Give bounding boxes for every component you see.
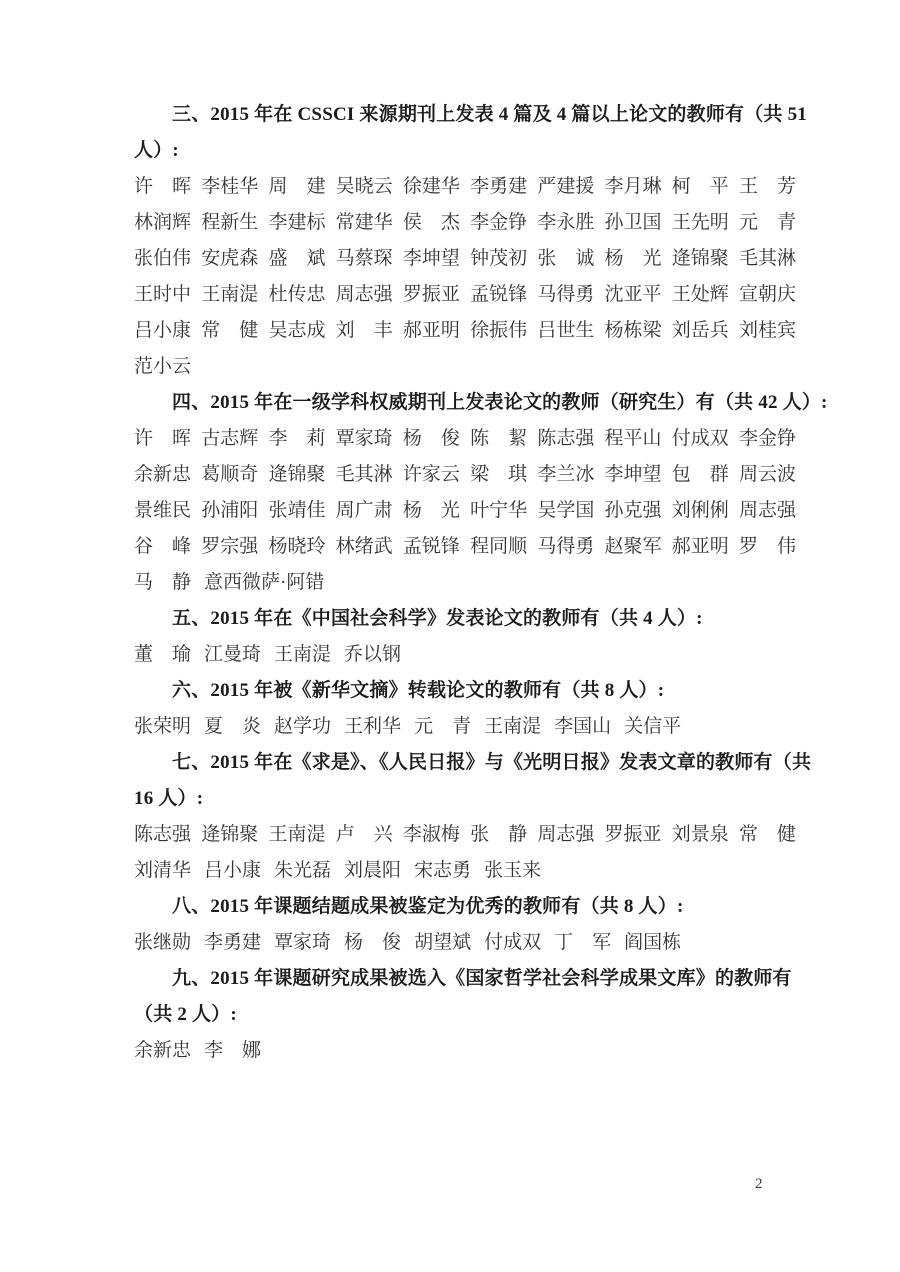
person-name: 吕小康 bbox=[204, 853, 261, 889]
person-name: 常 健 bbox=[201, 313, 258, 349]
person-name: 余新忠 bbox=[134, 457, 191, 493]
person-name: 覃家琦 bbox=[274, 925, 331, 961]
person-name: 杨 光 bbox=[605, 241, 662, 277]
section-9-heading-line-1: 九、2015 年课题研究成果被选入《国家哲学社会科学成果文库》的教师有 bbox=[134, 961, 796, 997]
person-name: 葛顺奇 bbox=[201, 457, 258, 493]
person-name: 周志强 bbox=[739, 493, 796, 529]
person-name: 王时中 bbox=[134, 277, 191, 313]
person-name: 梁 琪 bbox=[470, 457, 527, 493]
person-name: 林润辉 bbox=[134, 205, 191, 241]
person-name: 杨 光 bbox=[403, 493, 460, 529]
person-name: 意西微萨·阿错 bbox=[204, 565, 324, 601]
person-name: 李 娜 bbox=[204, 1033, 261, 1069]
section-3-name-row-1: 许 晖李桂华周 建吴晓云徐建华李勇建严建援李月琳柯 平王 芳 bbox=[134, 169, 796, 205]
person-name: 赵聚军 bbox=[605, 529, 662, 565]
person-name: 赵学功 bbox=[274, 709, 331, 745]
person-name: 刘晨阳 bbox=[344, 853, 401, 889]
person-name: 安虎森 bbox=[201, 241, 258, 277]
section-9-heading-line-2: （共 2 人）: bbox=[134, 997, 796, 1033]
section-4-name-row-2: 余新忠葛顺奇逄锦聚毛其淋许家云梁 琪李兰冰李坤望包 群周云波 bbox=[134, 457, 796, 493]
person-name: 张 诚 bbox=[537, 241, 594, 277]
person-name: 卢 兴 bbox=[336, 817, 393, 853]
person-name: 罗宗强 bbox=[201, 529, 258, 565]
person-name: 王南湜 bbox=[201, 277, 258, 313]
document-page: 三、2015 年在 CSSCI 来源期刊上发表 4 篇及 4 篇以上论文的教师有… bbox=[0, 0, 900, 1272]
person-name: 马得勇 bbox=[537, 277, 594, 313]
person-name: 李桂华 bbox=[201, 169, 258, 205]
section-4-name-row-4: 谷 峰罗宗强杨晓玲林绪武孟锐锋程同顺马得勇赵聚军郝亚明罗 伟 bbox=[134, 529, 796, 565]
person-name: 李月琳 bbox=[605, 169, 662, 205]
person-name: 夏 炎 bbox=[204, 709, 261, 745]
person-name: 马蔡琛 bbox=[336, 241, 393, 277]
person-name: 董 瑜 bbox=[134, 637, 191, 673]
person-name: 许 晖 bbox=[134, 169, 191, 205]
person-name: 严建援 bbox=[537, 169, 594, 205]
person-name: 付成双 bbox=[484, 925, 541, 961]
section-7-heading-line-1: 七、2015 年在《求是》、《人民日报》与《光明日报》发表文章的教师有（共 bbox=[134, 745, 796, 781]
section-3-name-row-5: 吕小康常 健吴志成刘 丰郝亚明徐振伟吕世生杨栋梁刘岳兵刘桂宾 bbox=[134, 313, 796, 349]
person-name: 谷 峰 bbox=[134, 529, 191, 565]
person-name: 周志强 bbox=[537, 817, 594, 853]
person-name: 王处辉 bbox=[672, 277, 729, 313]
person-name: 张伯伟 bbox=[134, 241, 191, 277]
person-name: 盛 斌 bbox=[268, 241, 325, 277]
section-8-name-row-1: 张继勋李勇建覃家琦杨 俊胡望斌付成双丁 军阎国栋 bbox=[134, 925, 796, 961]
person-name: 余新忠 bbox=[134, 1033, 191, 1069]
person-name: 李金铮 bbox=[739, 421, 796, 457]
section-3-name-row-3: 张伯伟安虎森盛 斌马蔡琛李坤望钟茂初张 诚杨 光逄锦聚毛其淋 bbox=[134, 241, 796, 277]
person-name: 程新生 bbox=[201, 205, 258, 241]
section-9-name-row-1: 余新忠李 娜 bbox=[134, 1033, 796, 1069]
page-number: 2 bbox=[755, 1174, 763, 1194]
person-name: 徐振伟 bbox=[470, 313, 527, 349]
person-name: 张玉来 bbox=[484, 853, 541, 889]
person-name: 侯 杰 bbox=[403, 205, 460, 241]
person-name: 杨 俊 bbox=[403, 421, 460, 457]
person-name: 罗振亚 bbox=[403, 277, 460, 313]
person-name: 许 晖 bbox=[134, 421, 191, 457]
person-name: 杨 俊 bbox=[344, 925, 401, 961]
person-name: 马得勇 bbox=[537, 529, 594, 565]
person-name: 宣朝庆 bbox=[739, 277, 796, 313]
section-6-name-row-1: 张荣明夏 炎赵学功王利华元 青王南湜李国山关信平 bbox=[134, 709, 796, 745]
person-name: 张 静 bbox=[470, 817, 527, 853]
person-name: 丁 军 bbox=[554, 925, 611, 961]
person-name: 李勇建 bbox=[470, 169, 527, 205]
person-name: 孙浦阳 bbox=[201, 493, 258, 529]
section-7-name-row-1: 陈志强逄锦聚王南湜卢 兴李淑梅张 静周志强罗振亚刘景泉常 健 bbox=[134, 817, 796, 853]
section-4-heading-line-1: 四、2015 年在一级学科权威期刊上发表论文的教师（研究生）有（共 42 人）: bbox=[134, 385, 796, 421]
person-name: 范小云 bbox=[134, 349, 191, 385]
person-name: 关信平 bbox=[624, 709, 681, 745]
section-5-heading-line-1: 五、2015 年在《中国社会科学》发表论文的教师有（共 4 人）: bbox=[134, 601, 796, 637]
person-name: 元 青 bbox=[414, 709, 471, 745]
section-3-name-row-6: 范小云 bbox=[134, 349, 796, 385]
person-name: 周云波 bbox=[739, 457, 796, 493]
person-name: 王南湜 bbox=[268, 817, 325, 853]
section-4-name-row-1: 许 晖古志辉李 莉覃家琦杨 俊陈 絜陈志强程平山付成双李金铮 bbox=[134, 421, 796, 457]
person-name: 徐建华 bbox=[403, 169, 460, 205]
person-name: 林绪武 bbox=[336, 529, 393, 565]
person-name: 程平山 bbox=[605, 421, 662, 457]
person-name: 胡望斌 bbox=[414, 925, 471, 961]
person-name: 刘岳兵 bbox=[672, 313, 729, 349]
person-name: 王先明 bbox=[672, 205, 729, 241]
person-name: 阎国栋 bbox=[624, 925, 681, 961]
person-name: 叶宁华 bbox=[470, 493, 527, 529]
person-name: 罗 伟 bbox=[739, 529, 796, 565]
person-name: 常 健 bbox=[739, 817, 796, 853]
person-name: 逄锦聚 bbox=[672, 241, 729, 277]
person-name: 杨栋梁 bbox=[605, 313, 662, 349]
section-8-heading-line-1: 八、2015 年课题结题成果被鉴定为优秀的教师有（共 8 人）: bbox=[134, 889, 796, 925]
person-name: 逄锦聚 bbox=[201, 817, 258, 853]
section-4-name-row-3: 景维民孙浦阳张靖佳周广肃杨 光叶宁华吴学国孙克强刘俐俐周志强 bbox=[134, 493, 796, 529]
person-name: 周广肃 bbox=[336, 493, 393, 529]
person-name: 陈志强 bbox=[134, 817, 191, 853]
person-name: 李勇建 bbox=[204, 925, 261, 961]
person-name: 罗振亚 bbox=[605, 817, 662, 853]
person-name: 古志辉 bbox=[201, 421, 258, 457]
person-name: 李金铮 bbox=[470, 205, 527, 241]
person-name: 沈亚平 bbox=[605, 277, 662, 313]
person-name: 郝亚明 bbox=[403, 313, 460, 349]
person-name: 孟锐锋 bbox=[403, 529, 460, 565]
person-name: 孙克强 bbox=[605, 493, 662, 529]
person-name: 刘清华 bbox=[134, 853, 191, 889]
section-7-name-row-2: 刘清华吕小康朱光磊刘晨阳宋志勇张玉来 bbox=[134, 853, 796, 889]
person-name: 许家云 bbox=[403, 457, 460, 493]
person-name: 江曼琦 bbox=[204, 637, 261, 673]
person-name: 毛其淋 bbox=[336, 457, 393, 493]
person-name: 孟锐锋 bbox=[470, 277, 527, 313]
person-name: 刘俐俐 bbox=[672, 493, 729, 529]
person-name: 张靖佳 bbox=[268, 493, 325, 529]
person-name: 宋志勇 bbox=[414, 853, 471, 889]
section-3-name-row-4: 王时中王南湜杜传忠周志强罗振亚孟锐锋马得勇沈亚平王处辉宣朝庆 bbox=[134, 277, 796, 313]
person-name: 常建华 bbox=[336, 205, 393, 241]
person-name: 杨晓玲 bbox=[268, 529, 325, 565]
person-name: 张荣明 bbox=[134, 709, 191, 745]
person-name: 陈志强 bbox=[537, 421, 594, 457]
person-name: 王南湜 bbox=[484, 709, 541, 745]
person-name: 覃家琦 bbox=[336, 421, 393, 457]
person-name: 周志强 bbox=[336, 277, 393, 313]
section-6-heading-line-1: 六、2015 年被《新华文摘》转载论文的教师有（共 8 人）: bbox=[134, 673, 796, 709]
section-4-name-row-5: 马 静意西微萨·阿错 bbox=[134, 565, 796, 601]
person-name: 李永胜 bbox=[537, 205, 594, 241]
person-name: 元 青 bbox=[739, 205, 796, 241]
person-name: 朱光磊 bbox=[274, 853, 331, 889]
person-name: 毛其淋 bbox=[739, 241, 796, 277]
section-7-heading-line-2: 16 人）: bbox=[134, 781, 796, 817]
person-name: 李坤望 bbox=[403, 241, 460, 277]
person-name: 李坤望 bbox=[605, 457, 662, 493]
section-5-name-row-1: 董 瑜江曼琦王南湜乔以钢 bbox=[134, 637, 796, 673]
person-name: 张继勋 bbox=[134, 925, 191, 961]
person-name: 景维民 bbox=[134, 493, 191, 529]
person-name: 乔以钢 bbox=[344, 637, 401, 673]
person-name: 王利华 bbox=[344, 709, 401, 745]
person-name: 钟茂初 bbox=[470, 241, 527, 277]
person-name: 王 芳 bbox=[739, 169, 796, 205]
person-name: 孙卫国 bbox=[605, 205, 662, 241]
section-3-heading-line-2: 人）: bbox=[134, 133, 796, 169]
person-name: 吴晓云 bbox=[336, 169, 393, 205]
person-name: 吴志成 bbox=[268, 313, 325, 349]
person-name: 周 建 bbox=[268, 169, 325, 205]
person-name: 刘景泉 bbox=[672, 817, 729, 853]
person-name: 王南湜 bbox=[274, 637, 331, 673]
person-name: 马 静 bbox=[134, 565, 191, 601]
person-name: 付成双 bbox=[672, 421, 729, 457]
person-name: 陈 絜 bbox=[470, 421, 527, 457]
person-name: 杜传忠 bbox=[268, 277, 325, 313]
person-name: 程同顺 bbox=[470, 529, 527, 565]
person-name: 吕小康 bbox=[134, 313, 191, 349]
person-name: 郝亚明 bbox=[672, 529, 729, 565]
section-3-name-row-2: 林润辉程新生李建标常建华侯 杰李金铮李永胜孙卫国王先明元 青 bbox=[134, 205, 796, 241]
person-name: 李 莉 bbox=[268, 421, 325, 457]
person-name: 李国山 bbox=[554, 709, 611, 745]
person-name: 柯 平 bbox=[672, 169, 729, 205]
person-name: 刘桂宾 bbox=[739, 313, 796, 349]
person-name: 李建标 bbox=[268, 205, 325, 241]
person-name: 包 群 bbox=[672, 457, 729, 493]
person-name: 吴学国 bbox=[537, 493, 594, 529]
document-content: 三、2015 年在 CSSCI 来源期刊上发表 4 篇及 4 篇以上论文的教师有… bbox=[134, 97, 796, 1069]
person-name: 李兰冰 bbox=[537, 457, 594, 493]
person-name: 刘 丰 bbox=[336, 313, 393, 349]
section-3-heading-line-1: 三、2015 年在 CSSCI 来源期刊上发表 4 篇及 4 篇以上论文的教师有… bbox=[134, 97, 796, 133]
person-name: 吕世生 bbox=[537, 313, 594, 349]
person-name: 李淑梅 bbox=[403, 817, 460, 853]
person-name: 逄锦聚 bbox=[268, 457, 325, 493]
